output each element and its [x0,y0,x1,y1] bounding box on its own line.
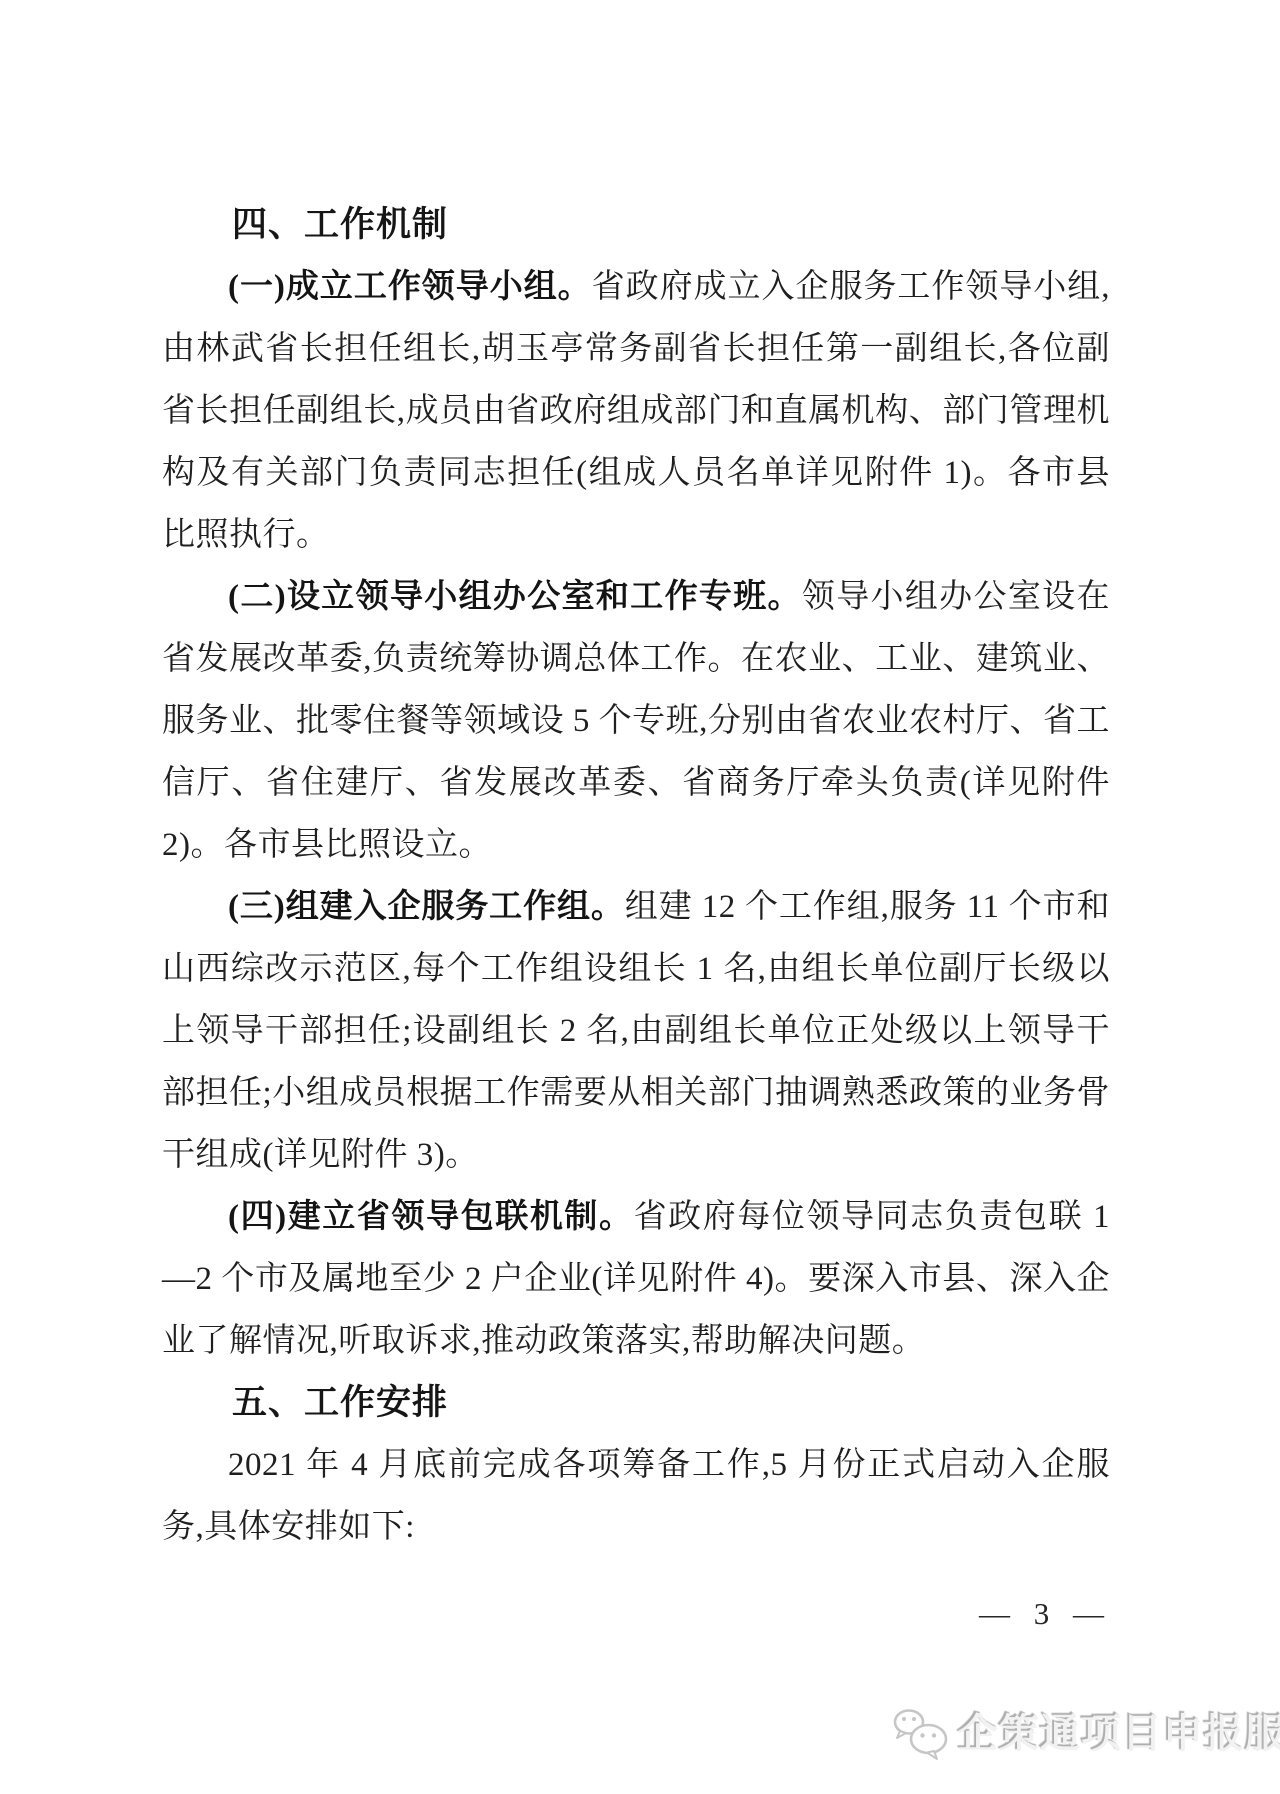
paragraph-1-lead: (一)成立工作领导小组。 [228,269,592,305]
wechat-icon [890,1707,952,1761]
page-number: — 3 — [162,1592,1110,1636]
watermark-text: 企策通项目申报服务 [958,1706,1280,1762]
paragraph-4-lead: (四)建立省领导包联机制。 [228,1199,634,1235]
paragraph-3: (三)组建入企服务工作组。组建 12 个工作组,服务 11 个市和山西综改示范区… [162,876,1110,1186]
section-heading-5: 五、工作安排 [162,1372,1110,1434]
paragraph-2: (二)设立领导小组办公室和工作专班。领导小组办公室设在省发展改革委,负责统筹协调… [162,566,1110,876]
paragraph-3-lead: (三)组建入企服务工作组。 [228,889,625,925]
section-heading-4: 四、工作机制 [162,194,1110,256]
paragraph-1: (一)成立工作领导小组。省政府成立入企服务工作领导小组,由林武省长担任组长,胡玉… [162,256,1110,566]
closing-paragraph: 2021 年 4 月底前完成各项筹备工作,5 月份正式启动入企服务,具体安排如下… [162,1434,1110,1558]
paragraph-3-text: 组建 12 个工作组,服务 11 个市和山西综改示范区,每个工作组设组长 1 名… [162,889,1110,1173]
paragraph-1-text: 省政府成立入企服务工作领导小组,由林武省长担任组长,胡玉亭常务副省长担任第一副组… [162,269,1110,553]
document-page: 四、工作机制 (一)成立工作领导小组。省政府成立入企服务工作领导小组,由林武省长… [0,0,1280,1794]
document-body: 四、工作机制 (一)成立工作领导小组。省政府成立入企服务工作领导小组,由林武省长… [162,194,1110,1558]
paragraph-2-text: 领导小组办公室设在省发展改革委,负责统筹协调总体工作。在农业、工业、建筑业、服务… [162,579,1110,863]
watermark: 企策通项目申报服务 [890,1706,1280,1762]
paragraph-2-lead: (二)设立领导小组办公室和工作专班。 [228,579,802,615]
paragraph-4: (四)建立省领导包联机制。省政府每位领导同志负责包联 1—2 个市及属地至少 2… [162,1186,1110,1372]
